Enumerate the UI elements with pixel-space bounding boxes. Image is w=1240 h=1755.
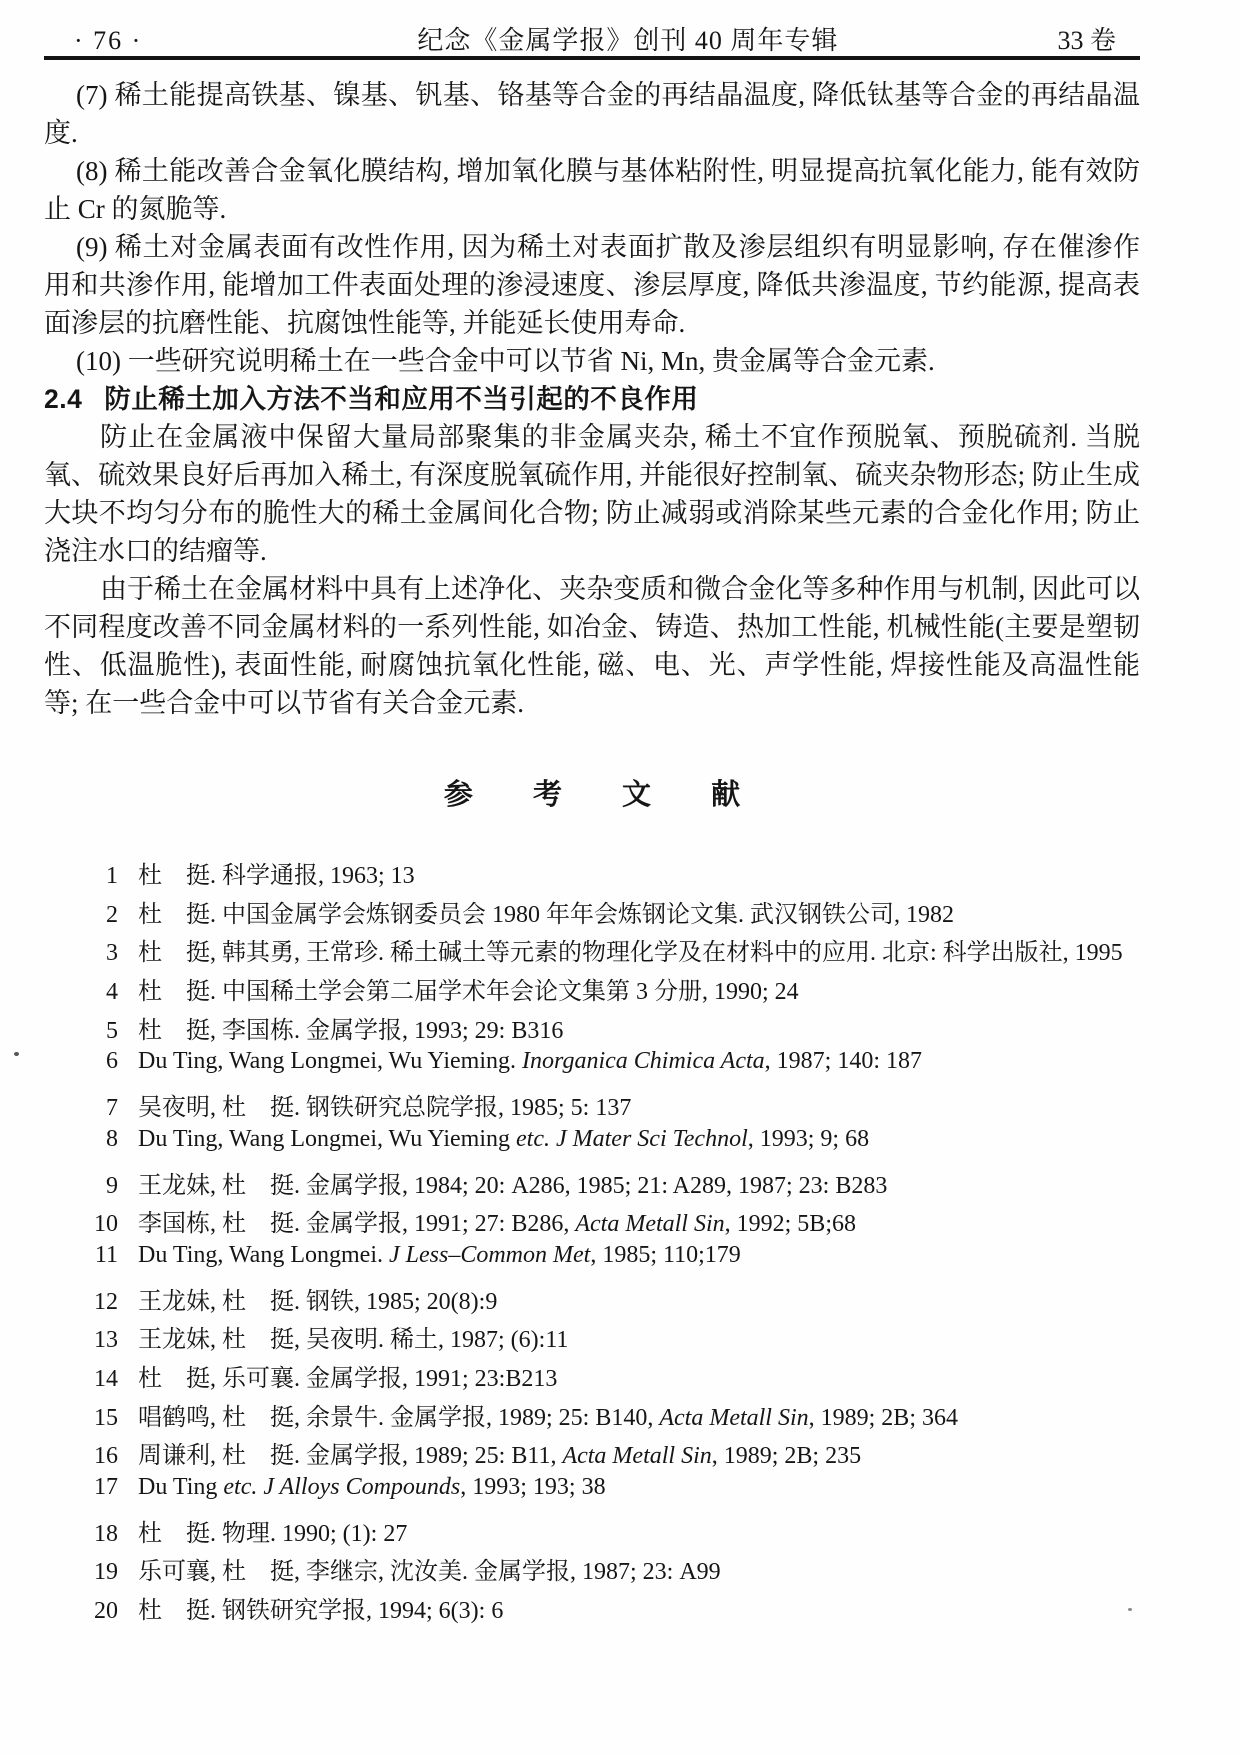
reference-item: 5杜 挺, 李国栋. 金属学报, 1993; 29: B316 <box>44 1010 1140 1049</box>
reference-text: 杜 挺. 中国稀土学会第二届学术年会论文集第 3 分册, 1990; 24 <box>138 971 799 1006</box>
reference-text: Du Ting, Wang Longmei. J Less–Common Met… <box>138 1242 741 1269</box>
reference-text: 周谦利, 杜 挺. 金属学报, 1989; 25: B11, Acta Meta… <box>138 1435 861 1470</box>
reference-item: 9王龙妹, 杜 挺. 金属学报, 1984; 20: A286, 1985; 2… <box>44 1165 1140 1204</box>
reference-number: 9 <box>44 1173 138 1200</box>
paragraph-9: (9) 稀土对金属表面有改性作用, 因为稀土对表面扩散及渗层组织有明显影响, 存… <box>44 228 1140 342</box>
scan-speck <box>14 1052 19 1056</box>
running-header: · 76 · 纪念《金属学报》创刊 40 周年专辑 33 卷 <box>44 0 1140 60</box>
reference-number: 2 <box>44 902 138 929</box>
reference-number: 20 <box>44 1598 138 1625</box>
reference-number: 18 <box>44 1521 138 1548</box>
reference-text: 乐可襄, 杜 挺, 李继宗, 沈汝美. 金属学报, 1987; 23: A99 <box>138 1551 721 1586</box>
scanned-paper-page: · 76 · 纪念《金属学报》创刊 40 周年专辑 33 卷 (7) 稀土能提高… <box>0 0 1240 1755</box>
reference-item: 2杜 挺. 中国金属学会炼钢委员会 1980 年年会炼钢论文集. 武汉钢铁公司,… <box>44 894 1140 933</box>
reference-number: 10 <box>44 1211 138 1238</box>
reference-text: 杜 挺. 中国金属学会炼钢委员会 1980 年年会炼钢论文集. 武汉钢铁公司, … <box>138 894 954 929</box>
reference-text: 唱鹤鸣, 杜 挺, 余景牛. 金属学报, 1989; 25: B140, Act… <box>138 1397 958 1432</box>
reference-number: 3 <box>44 940 138 967</box>
reference-item: 8Du Ting, Wang Longmei, Wu Yieming etc. … <box>44 1126 1140 1165</box>
reference-number: 15 <box>44 1405 138 1432</box>
reference-item: 14杜 挺, 乐可襄. 金属学报, 1991; 23:B213 <box>44 1358 1140 1397</box>
reference-text: 杜 挺, 李国栋. 金属学报, 1993; 29: B316 <box>138 1010 563 1045</box>
reference-item: 16周谦利, 杜 挺. 金属学报, 1989; 25: B11, Acta Me… <box>44 1435 1140 1474</box>
scan-speck <box>1128 1608 1132 1611</box>
reference-number: 17 <box>44 1474 138 1501</box>
reference-number: 6 <box>44 1048 138 1075</box>
reference-item: 1杜 挺. 科学通报, 1963; 13 <box>44 855 1140 894</box>
reference-text: 杜 挺. 物理. 1990; (1): 27 <box>138 1513 407 1548</box>
reference-item: 13王龙妹, 杜 挺, 吴夜明. 稀土, 1987; (6):11 <box>44 1319 1140 1358</box>
page-content: · 76 · 纪念《金属学报》创刊 40 周年专辑 33 卷 (7) 稀土能提高… <box>44 0 1140 1629</box>
reference-number: 14 <box>44 1366 138 1393</box>
reference-number: 11 <box>44 1242 138 1269</box>
reference-number: 13 <box>44 1327 138 1354</box>
reference-item: 11Du Ting, Wang Longmei. J Less–Common M… <box>44 1242 1140 1281</box>
reference-text: Du Ting etc. J Alloys Compounds, 1993; 1… <box>138 1474 606 1501</box>
section-paragraph-1: 防止在金属液中保留大量局部聚集的非金属夹杂, 稀土不宜作预脱氧、预脱硫剂. 当脱… <box>44 418 1140 570</box>
volume-label: 33 卷 <box>1057 26 1140 56</box>
references-list: 1杜 挺. 科学通报, 1963; 132杜 挺. 中国金属学会炼钢委员会 19… <box>44 855 1140 1629</box>
reference-number: 19 <box>44 1559 138 1586</box>
reference-item: 12王龙妹, 杜 挺. 钢铁, 1985; 20(8):9 <box>44 1281 1140 1320</box>
reference-number: 4 <box>44 979 138 1006</box>
reference-number: 16 <box>44 1443 138 1470</box>
paragraph-10: (10) 一些研究说明稀土在一些合金中可以节省 Ni, Mn, 贵金属等合金元素… <box>44 342 1140 380</box>
section-title: 防止稀土加入方法不当和应用不当引起的不良作用 <box>104 384 698 414</box>
reference-text: 杜 挺. 钢铁研究学报, 1994; 6(3): 6 <box>138 1590 503 1625</box>
reference-item: 6Du Ting, Wang Longmei, Wu Yieming. Inor… <box>44 1048 1140 1087</box>
reference-text: 杜 挺, 韩其勇, 王常珍. 稀土碱土等元素的物理化学及在材料中的应用. 北京:… <box>138 932 1123 967</box>
reference-text: 李国栋, 杜 挺. 金属学报, 1991; 27: B286, Acta Met… <box>138 1203 856 1238</box>
journal-header-title: 纪念《金属学报》创刊 40 周年专辑 <box>417 26 838 56</box>
reference-number: 1 <box>44 863 138 890</box>
section-number: 2.4 <box>44 384 82 414</box>
reference-item: 19乐可襄, 杜 挺, 李继宗, 沈汝美. 金属学报, 1987; 23: A9… <box>44 1551 1140 1590</box>
reference-text: Du Ting, Wang Longmei, Wu Yieming. Inorg… <box>138 1048 922 1075</box>
reference-item: 18杜 挺. 物理. 1990; (1): 27 <box>44 1513 1140 1552</box>
reference-text: 王龙妹, 杜 挺. 钢铁, 1985; 20(8):9 <box>138 1281 497 1316</box>
reference-text: Du Ting, Wang Longmei, Wu Yieming etc. J… <box>138 1126 869 1153</box>
reference-text: 杜 挺, 乐可襄. 金属学报, 1991; 23:B213 <box>138 1358 557 1393</box>
reference-text: 杜 挺. 科学通报, 1963; 13 <box>138 855 415 890</box>
paragraph-8: (8) 稀土能改善合金氧化膜结构, 增加氧化膜与基体粘附性, 明显提高抗氧化能力… <box>44 152 1140 228</box>
reference-item: 4杜 挺. 中国稀土学会第二届学术年会论文集第 3 分册, 1990; 24 <box>44 971 1140 1010</box>
section-paragraph-2: 由于稀土在金属材料中具有上述净化、夹杂变质和微合金化等多种作用与机制, 因此可以… <box>44 570 1140 722</box>
reference-item: 7吴夜明, 杜 挺. 钢铁研究总院学报, 1985; 5: 137 <box>44 1087 1140 1126</box>
reference-number: 8 <box>44 1126 138 1153</box>
reference-number: 5 <box>44 1018 138 1045</box>
reference-item: 15唱鹤鸣, 杜 挺, 余景牛. 金属学报, 1989; 25: B140, A… <box>44 1397 1140 1436</box>
reference-item: 17Du Ting etc. J Alloys Compounds, 1993;… <box>44 1474 1140 1513</box>
reference-text: 王龙妹, 杜 挺, 吴夜明. 稀土, 1987; (6):11 <box>138 1319 568 1354</box>
reference-number: 7 <box>44 1095 138 1122</box>
reference-item: 20杜 挺. 钢铁研究学报, 1994; 6(3): 6 <box>44 1590 1140 1629</box>
paragraph-7: (7) 稀土能提高铁基、镍基、钒基、铬基等合金的再结晶温度, 降低钛基等合金的再… <box>44 76 1140 152</box>
reference-item: 3杜 挺, 韩其勇, 王常珍. 稀土碱土等元素的物理化学及在材料中的应用. 北京… <box>44 932 1140 971</box>
references-heading: 参 考 文 献 <box>44 772 1140 813</box>
page-number: · 76 · <box>44 26 142 56</box>
reference-text: 吴夜明, 杜 挺. 钢铁研究总院学报, 1985; 5: 137 <box>138 1087 631 1122</box>
section-heading-2-4: 2.4防止稀土加入方法不当和应用不当引起的不良作用 <box>44 380 1140 418</box>
reference-text: 王龙妹, 杜 挺. 金属学报, 1984; 20: A286, 1985; 21… <box>138 1165 887 1200</box>
body-text: (7) 稀土能提高铁基、镍基、钒基、铬基等合金的再结晶温度, 降低钛基等合金的再… <box>44 76 1140 722</box>
reference-item: 10李国栋, 杜 挺. 金属学报, 1991; 27: B286, Acta M… <box>44 1203 1140 1242</box>
reference-number: 12 <box>44 1289 138 1316</box>
